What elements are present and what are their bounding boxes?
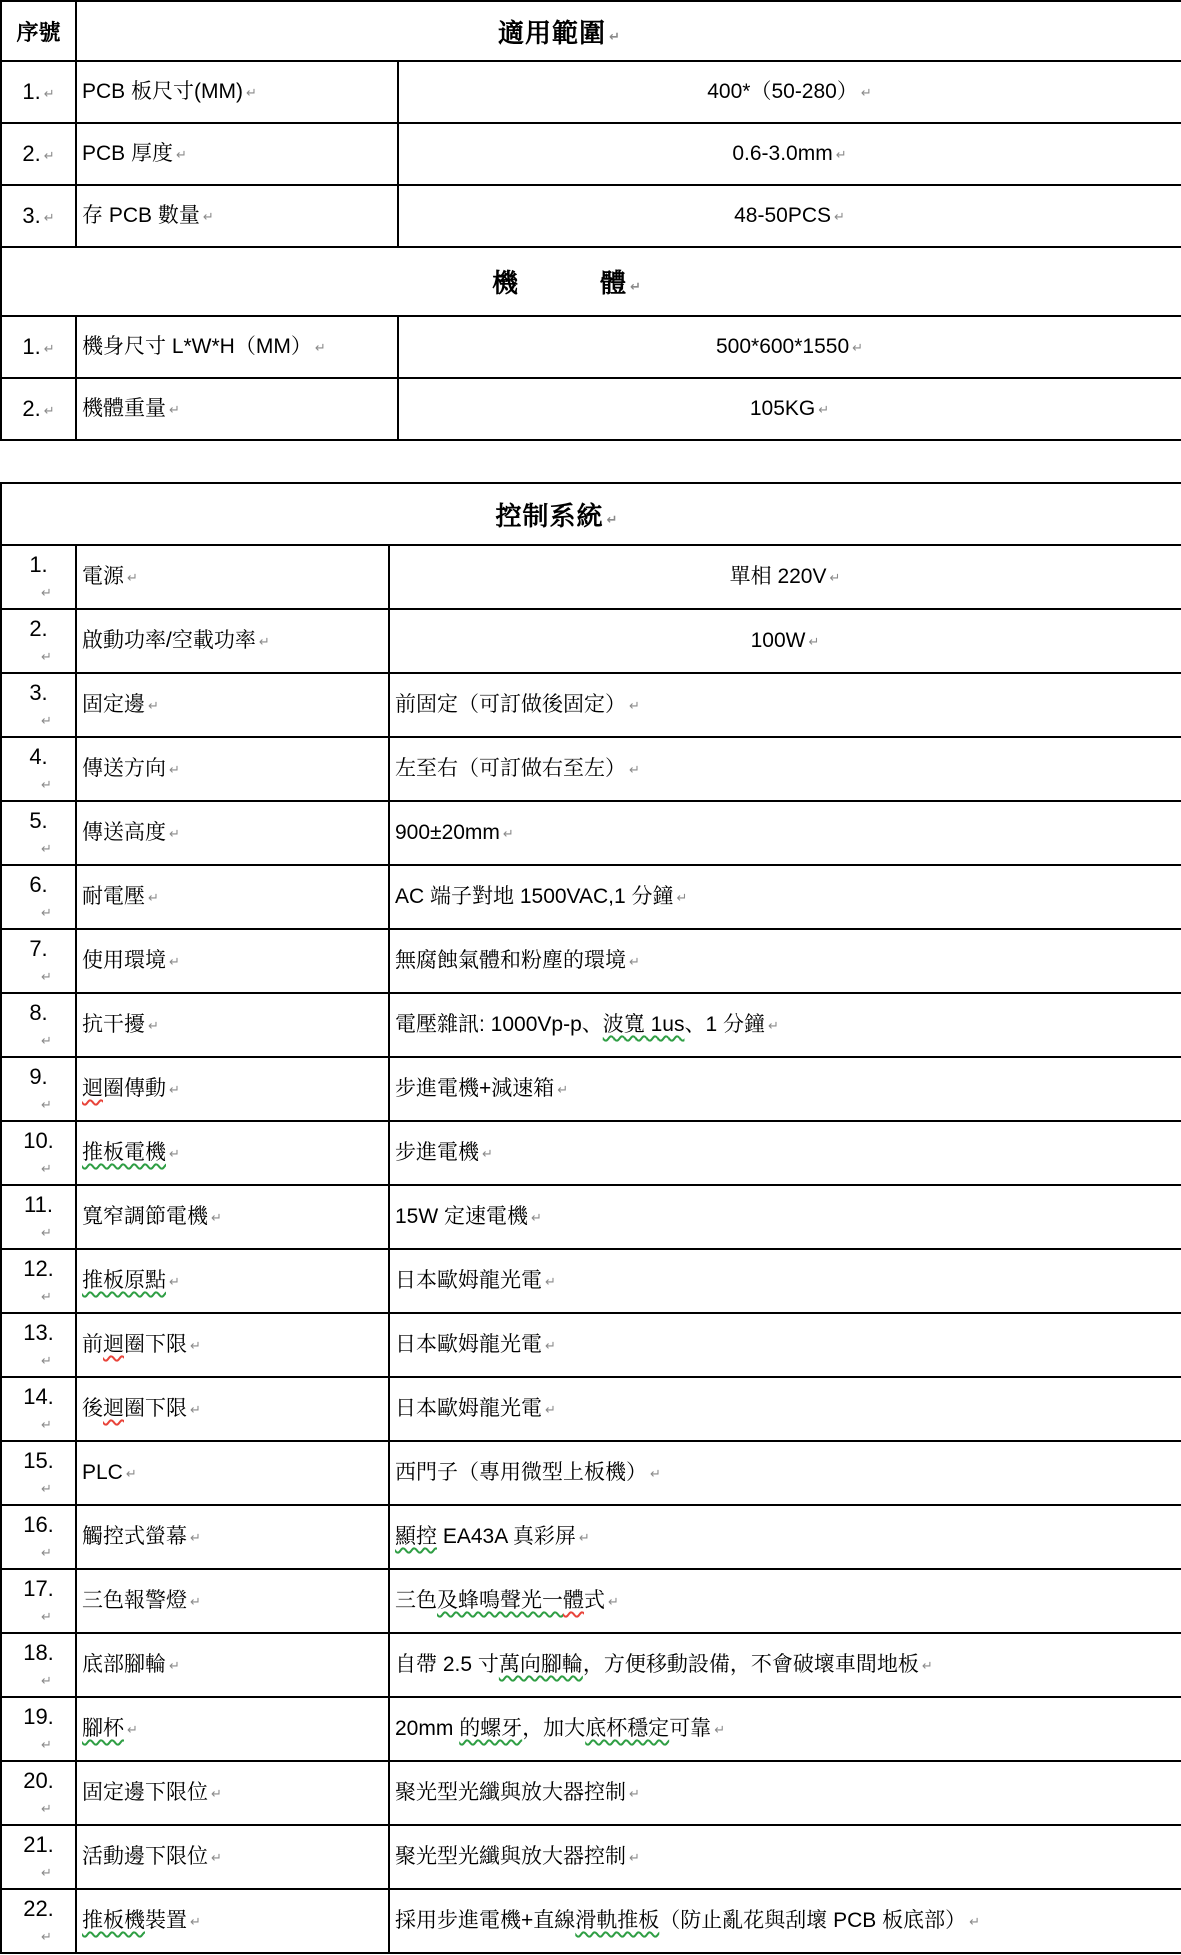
paragraph-mark-icon: ↵ [629,1851,640,1866]
text-segment: 日本歐姆龍光電 [395,1269,542,1292]
spec-value-cell: 0.6-3.0mm↵ [398,123,1181,185]
table-row: 21.↵活動邊下限位↵聚光型光纖與放大器控制↵ [1,1825,1181,1889]
row-number-cell: 1.↵ [1,316,76,378]
spec-label-cell: 固定邊下限位↵ [76,1761,389,1825]
row-number: 16. [23,1512,54,1537]
text-segment: 圈下限 [124,1397,187,1420]
spec-value-cell: 前固定（可訂做後固定）↵ [389,673,1181,737]
paragraph-mark-icon: ↵ [203,210,214,225]
table-row: 1.↵電源↵單相 220V↵ [1,545,1181,609]
row-number-cell: 6.↵ [1,865,76,929]
row-number: 15. [23,1448,54,1473]
text-segment: 無腐蝕氣體和粉塵的環境 [395,949,626,972]
text-segment: 傳送高度 [82,821,166,844]
section-title-control-system: 控制系統↵ [1,483,1181,545]
row-number-cell: 21.↵ [1,1825,76,1889]
spec-value-cell: 三色及蜂鳴聲光一體式↵ [389,1569,1181,1633]
paragraph-mark-icon: ↵ [830,571,841,586]
text-segment-misspelled: 腳杯 [82,1717,124,1740]
paragraph-mark-icon: ↵ [629,1787,640,1802]
paragraph-mark-icon: ↵ [41,1419,52,1434]
row-number-cell: 13.↵ [1,1313,76,1377]
paragraph-mark-icon: ↵ [44,211,55,226]
row-number-cell: 17.↵ [1,1569,76,1633]
row-number: 21. [23,1832,54,1857]
row-number: 6. [29,872,47,897]
text-segment: EA43A 真彩屏 [437,1525,576,1548]
text-segment: 西門子（專用微型上板機） [395,1461,647,1484]
text-segment: 採用步進電機+直線 [395,1909,575,1932]
text-segment: 電源 [82,565,124,588]
text-segment: 底部腳輪 [82,1653,166,1676]
text-segment-misspelled: 的螺牙 [459,1717,522,1740]
paragraph-mark-icon: ↵ [41,1035,52,1050]
text-segment: 、1 分鐘 [684,1013,765,1036]
paragraph-mark-icon: ↵ [629,955,640,970]
spec-label-cell: 使用環境↵ [76,929,389,993]
section-row-machine-body: 機 體↵ [1,247,1181,316]
text-segment: 單相 220V [730,565,827,588]
table-row: 4.↵傳送方向↵左至右（可訂做右至左）↵ [1,737,1181,801]
paragraph-mark-icon: ↵ [169,1275,180,1290]
text-segment-misspelled: 顯控 [395,1525,437,1548]
text-segment: 抗干擾 [82,1013,145,1036]
paragraph-mark-icon: ↵ [148,891,159,906]
table-row: 8.↵抗干擾↵電壓雜訊: 1000Vp-p、波寬 1us、1 分鐘↵ [1,993,1181,1057]
spec-value-cell: 電壓雜訊: 1000Vp-p、波寬 1us、1 分鐘↵ [389,993,1181,1057]
text-segment: 啟動功率/空載功率 [82,629,256,652]
spec-value-cell: 100W↵ [389,609,1181,673]
spec-label-cell: 迴圈傳動↵ [76,1057,389,1121]
paragraph-mark-icon: ↵ [41,1547,52,1562]
row-number: 11. [24,1192,53,1217]
text-segment: 日本歐姆龍光電 [395,1397,542,1420]
spec-label-cell: 前迴圈下限↵ [76,1313,389,1377]
paragraph-mark-icon: ↵ [211,1787,222,1802]
spec-label-cell: 傳送方向↵ [76,737,389,801]
text-segment-misspelled: 推板機 [82,1909,145,1932]
row-number-cell: 7.↵ [1,929,76,993]
spec-value-cell: 西門子（專用微型上板機）↵ [389,1441,1181,1505]
text-segment: 觸控式螢幕 [82,1525,187,1548]
paragraph-mark-icon: ↵ [169,1659,180,1674]
spec-value-cell: 聚光型光纖與放大器控制↵ [389,1761,1181,1825]
spec-value-cell: 日本歐姆龍光電↵ [389,1313,1181,1377]
text-segment: 400*（50-280） [707,80,858,103]
text-segment: 步進電機+減速箱 [395,1077,554,1100]
paragraph-mark-icon: ↵ [169,827,180,842]
text-segment: 機身尺寸 L*W*H（MM） [82,335,312,358]
table-row: 12.↵推板原點↵日本歐姆龍光電↵ [1,1249,1181,1313]
paragraph-mark-icon: ↵ [545,1403,556,1418]
paragraph-mark-icon: ↵ [557,1083,568,1098]
paragraph-mark-icon: ↵ [808,635,819,650]
row-number: 22. [23,1896,54,1921]
table-row: 17.↵三色報警燈↵三色及蜂鳴聲光一體式↵ [1,1569,1181,1633]
paragraph-mark-icon: ↵ [629,699,640,714]
text-segment: 活動邊下限位 [82,1845,208,1868]
text-segment-misspelled: 迴 [82,1077,103,1100]
row-number-cell: 14.↵ [1,1377,76,1441]
spec-value-cell: 日本歐姆龍光電↵ [389,1377,1181,1441]
row-number: 10. [23,1128,54,1153]
text-segment: 聚光型光纖與放大器控制 [395,1781,626,1804]
table-row: 19.↵腳杯↵20mm 的螺牙，加大底杯穩定可靠↵ [1,1697,1181,1761]
row-number: 5. [29,808,47,833]
text-segment: PLC [82,1461,123,1484]
text-segment: 耐電壓 [82,885,145,908]
text-segment: 500*600*1550 [716,335,849,358]
row-number-cell: 4.↵ [1,737,76,801]
table-row: 3.↵固定邊↵前固定（可訂做後固定）↵ [1,673,1181,737]
text-segment-misspelled: 推板電機 [82,1141,166,1164]
paragraph-mark-icon: ↵ [41,1227,52,1242]
text-segment: 20mm [395,1717,459,1740]
table-header-row: 控制系統↵ [1,483,1181,545]
spec-label-cell: 傳送高度↵ [76,801,389,865]
table-row: 14.↵後迴圈下限↵日本歐姆龍光電↵ [1,1377,1181,1441]
table-row: 3.↵存 PCB 數量↵48-50PCS↵ [1,185,1181,247]
row-number-cell: 22.↵ [1,1889,76,1953]
spec-value-cell: 自帶 2.5 寸萬向腳輪，方便移動設備，不會破壞車間地板↵ [389,1633,1181,1697]
paragraph-mark-icon: ↵ [41,1867,52,1882]
paragraph-mark-icon: ↵ [608,1595,619,1610]
row-number-cell: 18.↵ [1,1633,76,1697]
paragraph-mark-icon: ↵ [922,1659,933,1674]
row-number: 3. [22,203,40,228]
paragraph-mark-icon: ↵ [190,1339,201,1354]
text-segment: （防止亂花與刮壞 PCB 板底部） [659,1909,966,1932]
paragraph-mark-icon: ↵ [44,342,55,357]
row-number-cell: 11.↵ [1,1185,76,1249]
text-segment-misspelled: 體 [563,1589,584,1612]
table-row: 6.↵耐電壓↵AC 端子對地 1500VAC,1 分鐘↵ [1,865,1181,929]
spec-value-cell: 400*（50-280）↵ [398,61,1181,123]
row-number-cell: 1.↵ [1,61,76,123]
paragraph-mark-icon: ↵ [41,1483,52,1498]
row-number-cell: 19.↵ [1,1697,76,1761]
row-number: 8. [29,1000,47,1025]
paragraph-mark-icon: ↵ [607,513,619,528]
spec-value-cell: 48-50PCS↵ [398,185,1181,247]
spec-label-cell: PCB 板尺寸(MM)↵ [76,61,398,123]
text-segment: AC 端子對地 1500VAC,1 分鐘 [395,885,674,908]
paragraph-mark-icon: ↵ [44,404,55,419]
paragraph-mark-icon: ↵ [545,1275,556,1290]
row-number: 12. [23,1256,54,1281]
text-segment: 聚光型光纖與放大器控制 [395,1845,626,1868]
paragraph-mark-icon: ↵ [834,210,845,225]
paragraph-mark-icon: ↵ [609,30,621,45]
paragraph-mark-icon: ↵ [714,1723,725,1738]
paragraph-mark-icon: ↵ [169,1147,180,1162]
table-row: 2.↵機體重量↵105KG↵ [1,378,1181,440]
table-header-row: 序號 適用範圍↵ [1,1,1181,61]
paragraph-mark-icon: ↵ [41,1931,52,1946]
row-number-cell: 8.↵ [1,993,76,1057]
section-title-text: 控制系統 [496,501,604,531]
paragraph-mark-icon: ↵ [41,1099,52,1114]
text-segment: 寬窄調節電機 [82,1205,208,1228]
spec-value-cell: 105KG↵ [398,378,1181,440]
table-row: 10.↵推板電機↵步進電機↵ [1,1121,1181,1185]
paragraph-mark-icon: ↵ [41,779,52,794]
row-number-cell: 20.↵ [1,1761,76,1825]
paragraph-mark-icon: ↵ [211,1211,222,1226]
spec-value-cell: 900±20mm↵ [389,801,1181,865]
spec-label-cell: 啟動功率/空載功率↵ [76,609,389,673]
row-number-cell: 15.↵ [1,1441,76,1505]
table-row: 13.↵前迴圈下限↵日本歐姆龍光電↵ [1,1313,1181,1377]
row-number-cell: 5.↵ [1,801,76,865]
text-segment-misspelled: 及蜂鳴聲光一 [437,1589,563,1612]
text-segment: PCB 厚度 [82,142,173,165]
row-number: 18. [23,1640,54,1665]
row-number: 17. [23,1576,54,1601]
paragraph-mark-icon: ↵ [768,1019,779,1034]
spec-label-cell: 底部腳輪↵ [76,1633,389,1697]
text-segment: 圈傳動 [103,1077,166,1100]
paragraph-mark-icon: ↵ [259,635,270,650]
paragraph-mark-icon: ↵ [211,1851,222,1866]
paragraph-mark-icon: ↵ [169,955,180,970]
spec-label-cell: 寬窄調節電機↵ [76,1185,389,1249]
text-segment-misspelled: 萬向腳輪 [499,1653,583,1676]
spec-label-cell: PCB 厚度↵ [76,123,398,185]
paragraph-mark-icon: ↵ [482,1147,493,1162]
paragraph-mark-icon: ↵ [41,971,52,986]
text-segment-misspelled: 迴 [103,1333,124,1356]
paragraph-mark-icon: ↵ [315,341,326,356]
paragraph-mark-icon: ↵ [190,1403,201,1418]
row-number: 1. [22,79,40,104]
text-segment: 100W [751,629,806,652]
spec-label-cell: 機身尺寸 L*W*H（MM）↵ [76,316,398,378]
text-segment: 固定邊 [82,693,145,716]
paragraph-mark-icon: ↵ [41,651,52,666]
spec-label-cell: 腳杯↵ [76,1697,389,1761]
paragraph-mark-icon: ↵ [148,699,159,714]
row-number: 14. [23,1384,54,1409]
paragraph-mark-icon: ↵ [169,403,180,418]
paragraph-mark-icon: ↵ [41,715,52,730]
row-number: 2. [22,141,40,166]
row-number: 1. [22,334,40,359]
text-segment: 固定邊下限位 [82,1781,208,1804]
text-segment: 裝置 [145,1909,187,1932]
text-segment: 前固定（可訂做後固定） [395,693,626,716]
text-segment: 三色 [395,1589,437,1612]
section-title-machine-body: 機 體↵ [1,247,1181,316]
paragraph-mark-icon: ↵ [852,341,863,356]
table-row: 2.↵PCB 厚度↵0.6-3.0mm↵ [1,123,1181,185]
paragraph-mark-icon: ↵ [41,907,52,922]
text-segment: 前 [82,1333,103,1356]
spec-label-cell: 推板電機↵ [76,1121,389,1185]
paragraph-mark-icon: ↵ [579,1531,590,1546]
spec-label-cell: 機體重量↵ [76,378,398,440]
paragraph-mark-icon: ↵ [677,891,688,906]
text-segment: ，方便移動設備，不會破壞車間地板 [583,1653,919,1676]
row-number-cell: 2.↵ [1,378,76,440]
paragraph-mark-icon: ↵ [836,148,847,163]
paragraph-mark-icon: ↵ [545,1339,556,1354]
paragraph-mark-icon: ↵ [246,86,257,101]
row-number-cell: 16.↵ [1,1505,76,1569]
paragraph-mark-icon: ↵ [861,86,872,101]
text-segment-misspelled: 推板原點 [82,1269,166,1292]
text-segment-misspelled: 迴 [103,1397,124,1420]
spec-value-cell: 15W 定速電機↵ [389,1185,1181,1249]
row-number: 4. [29,744,47,769]
paragraph-mark-icon: ↵ [503,827,514,842]
text-segment: ，加大 [522,1717,585,1740]
row-number: 20. [23,1768,54,1793]
text-segment: 105KG [750,397,815,420]
spec-value-cell: 顯控 EA43A 真彩屏↵ [389,1505,1181,1569]
text-segment: 步進電機 [395,1141,479,1164]
text-segment: 0.6-3.0mm [732,142,832,165]
row-number-cell: 3.↵ [1,673,76,737]
paragraph-mark-icon: ↵ [127,1723,138,1738]
paragraph-mark-icon: ↵ [531,1211,542,1226]
text-segment: 自帶 2.5 寸 [395,1653,499,1676]
spec-table-control-system: 控制系統↵ 1.↵電源↵單相 220V↵2.↵啟動功率/空載功率↵100W↵3.… [0,482,1181,1954]
spec-value-cell: 20mm 的螺牙，加大底杯穩定可靠↵ [389,1697,1181,1761]
text-segment: 日本歐姆龍光電 [395,1333,542,1356]
text-segment: 15W 定速電機 [395,1205,528,1228]
paragraph-mark-icon: ↵ [41,843,52,858]
paragraph-mark-icon: ↵ [41,1611,52,1626]
paragraph-mark-icon: ↵ [190,1531,201,1546]
table-row: 7.↵使用環境↵無腐蝕氣體和粉塵的環境↵ [1,929,1181,993]
text-segment: 機體重量 [82,397,166,420]
table-row: 2.↵啟動功率/空載功率↵100W↵ [1,609,1181,673]
text-segment: 傳送方向 [82,757,166,780]
row-number: 19. [23,1704,54,1729]
paragraph-mark-icon: ↵ [41,1739,52,1754]
paragraph-mark-icon: ↵ [969,1915,980,1930]
paragraph-mark-icon: ↵ [190,1915,201,1930]
spec-label-cell: 推板原點↵ [76,1249,389,1313]
table-row: 11.↵寬窄調節電機↵15W 定速電機↵ [1,1185,1181,1249]
paragraph-mark-icon: ↵ [41,587,52,602]
spec-value-cell: 步進電機+減速箱↵ [389,1057,1181,1121]
spec-label-cell: 固定邊↵ [76,673,389,737]
spec-value-cell: 聚光型光纖與放大器控制↵ [389,1825,1181,1889]
table-row: 22.↵推板機裝置↵採用步進電機+直線滑軌推板（防止亂花與刮壞 PCB 板底部）… [1,1889,1181,1953]
spec-label-cell: 觸控式螢幕↵ [76,1505,389,1569]
section-title-text: 機 體 [492,268,627,298]
table-row: 1.↵PCB 板尺寸(MM)↵400*（50-280）↵ [1,61,1181,123]
text-segment: 圈下限 [124,1333,187,1356]
text-segment-misspelled: 波寬 1us [603,1013,685,1036]
row-number-cell: 12.↵ [1,1249,76,1313]
paragraph-mark-icon: ↵ [41,1803,52,1818]
text-segment: 左至右（可訂做右至左） [395,757,626,780]
spec-label-cell: 存 PCB 數量↵ [76,185,398,247]
paragraph-mark-icon: ↵ [41,1355,52,1370]
row-number: 1. [29,552,47,577]
text-segment-misspelled: 滑軌推板 [575,1909,659,1932]
row-number: 13. [23,1320,54,1345]
paragraph-mark-icon: ↵ [41,1291,52,1306]
spec-label-cell: 後迴圈下限↵ [76,1377,389,1441]
paragraph-mark-icon: ↵ [148,1019,159,1034]
row-number-cell: 2.↵ [1,609,76,673]
paragraph-mark-icon: ↵ [41,1675,52,1690]
paragraph-mark-icon: ↵ [650,1467,661,1482]
column-header-seq: 序號 [1,1,76,61]
row-number-cell: 2.↵ [1,123,76,185]
paragraph-mark-icon: ↵ [169,1083,180,1098]
spec-value-cell: 採用步進電機+直線滑軌推板（防止亂花與刮壞 PCB 板底部）↵ [389,1889,1181,1953]
text-segment: 電壓雜訊: 1000Vp-p、 [395,1013,603,1036]
paragraph-mark-icon: ↵ [629,763,640,778]
paragraph-mark-icon: ↵ [190,1595,201,1610]
section-title-text: 適用範圍 [498,18,606,48]
paragraph-mark-icon: ↵ [176,148,187,163]
row-number-cell: 10.↵ [1,1121,76,1185]
row-number: 2. [29,616,47,641]
text-segment: 900±20mm [395,821,500,844]
spec-label-cell: 三色報警燈↵ [76,1569,389,1633]
table-row: 9.↵迴圈傳動↵步進電機+減速箱↵ [1,1057,1181,1121]
paragraph-mark-icon: ↵ [44,149,55,164]
spec-document-page: 序號 適用範圍↵ 1.↵PCB 板尺寸(MM)↵400*（50-280）↵2.↵… [0,0,1181,1955]
spec-label-cell: 電源↵ [76,545,389,609]
row-number-cell: 1.↵ [1,545,76,609]
paragraph-mark-icon: ↵ [41,1163,52,1178]
table-row: 16.↵觸控式螢幕↵顯控 EA43A 真彩屏↵ [1,1505,1181,1569]
spec-value-cell: 單相 220V↵ [389,545,1181,609]
table-gap [0,441,1181,482]
row-number-cell: 9.↵ [1,1057,76,1121]
table-row: 20.↵固定邊下限位↵聚光型光纖與放大器控制↵ [1,1761,1181,1825]
text-segment: 48-50PCS [734,204,831,227]
spec-table-applicable-range-and-body: 序號 適用範圍↵ 1.↵PCB 板尺寸(MM)↵400*（50-280）↵2.↵… [0,0,1181,441]
row-number: 3. [29,680,47,705]
spec-value-cell: 無腐蝕氣體和粉塵的環境↵ [389,929,1181,993]
spec-value-cell: 左至右（可訂做右至左）↵ [389,737,1181,801]
table-row: 15.↵PLC↵西門子（專用微型上板機）↵ [1,1441,1181,1505]
text-segment: 使用環境 [82,949,166,972]
text-segment: 存 PCB 數量 [82,204,200,227]
spec-label-cell: 耐電壓↵ [76,865,389,929]
table-row: 18.↵底部腳輪↵自帶 2.5 寸萬向腳輪，方便移動設備，不會破壞車間地板↵ [1,1633,1181,1697]
paragraph-mark-icon: ↵ [818,403,829,418]
row-number: 9. [29,1064,47,1089]
spec-value-cell: 步進電機↵ [389,1121,1181,1185]
table-row: 1.↵機身尺寸 L*W*H（MM）↵500*600*1550↵ [1,316,1181,378]
row-number: 2. [22,396,40,421]
text-segment: 可靠 [669,1717,711,1740]
paragraph-mark-icon: ↵ [169,763,180,778]
section-title-applicable-range: 適用範圍↵ [76,1,1181,61]
spec-label-cell: 推板機裝置↵ [76,1889,389,1953]
spec-label-cell: PLC↵ [76,1441,389,1505]
spec-value-cell: 日本歐姆龍光電↵ [389,1249,1181,1313]
paragraph-mark-icon: ↵ [126,1467,137,1482]
spec-label-cell: 抗干擾↵ [76,993,389,1057]
text-segment-misspelled: 底杯穩定 [585,1717,669,1740]
row-number: 7. [29,936,47,961]
text-segment: 後 [82,1397,103,1420]
text-segment: PCB 板尺寸(MM) [82,80,243,103]
spec-label-cell: 活動邊下限位↵ [76,1825,389,1889]
text-segment: 三色報警燈 [82,1589,187,1612]
table-row: 5.↵傳送高度↵900±20mm↵ [1,801,1181,865]
